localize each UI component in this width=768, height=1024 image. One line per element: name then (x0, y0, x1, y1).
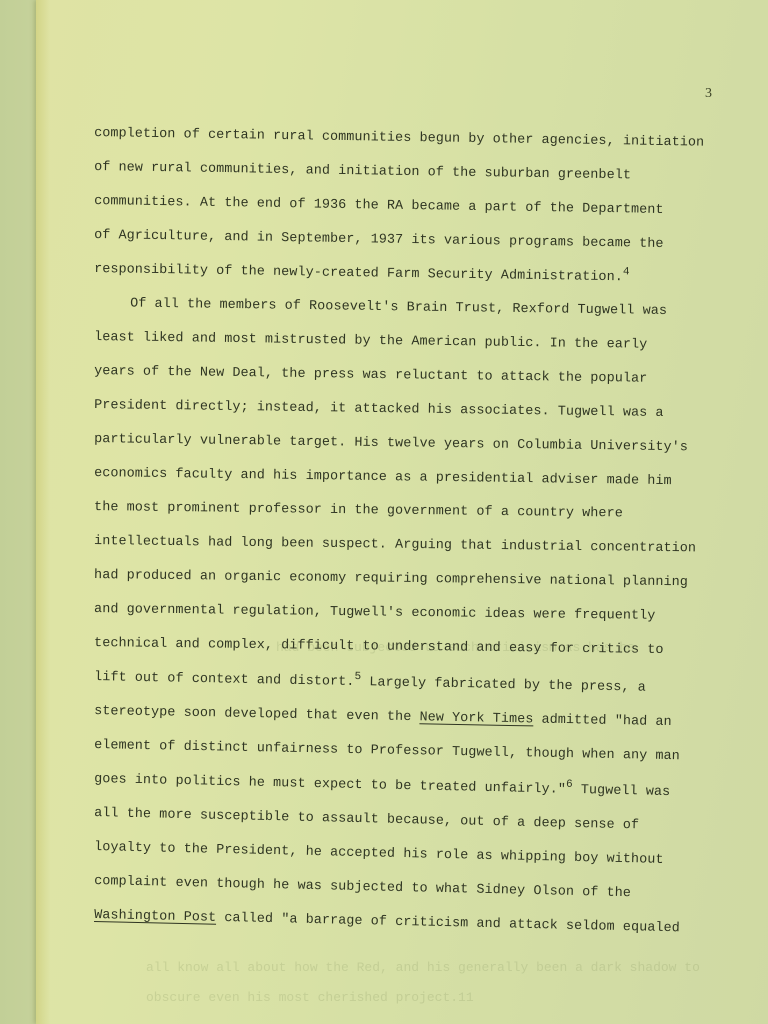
line-text: the most prominent professor in the gove… (94, 500, 623, 521)
document-body: completion of certain rural communities … (94, 124, 734, 940)
page-number: 3 (705, 86, 712, 102)
bleed-through-text: obscure even his most cherished project.… (146, 990, 706, 1005)
line-text: had produced an organic economy requirin… (94, 568, 688, 590)
line-text: admitted "had an (533, 712, 672, 730)
underlined-title: New York Times (419, 710, 533, 727)
photo-scene: had been subjected to such criticism as … (0, 0, 768, 1024)
line-text: stereotype soon developed that even the (94, 704, 420, 725)
line-text: Tugwell was (572, 783, 670, 800)
underlined-title: Washington Post (94, 908, 216, 926)
line-text: intellectuals had long been suspect. Arg… (94, 534, 696, 556)
bleed-through-text: all know all about how the Red, and his … (146, 960, 706, 975)
line-text: lift out of context and distort. (94, 670, 355, 690)
line-text: completion of certain rural communities … (94, 126, 704, 151)
line-text: and governmental regulation, Tugwell's e… (94, 602, 656, 624)
footnote-marker: 4 (623, 266, 630, 278)
line-text: Largely fabricated by the press, a (361, 675, 646, 695)
line-text: technical and complex, difficult to unde… (94, 636, 664, 658)
